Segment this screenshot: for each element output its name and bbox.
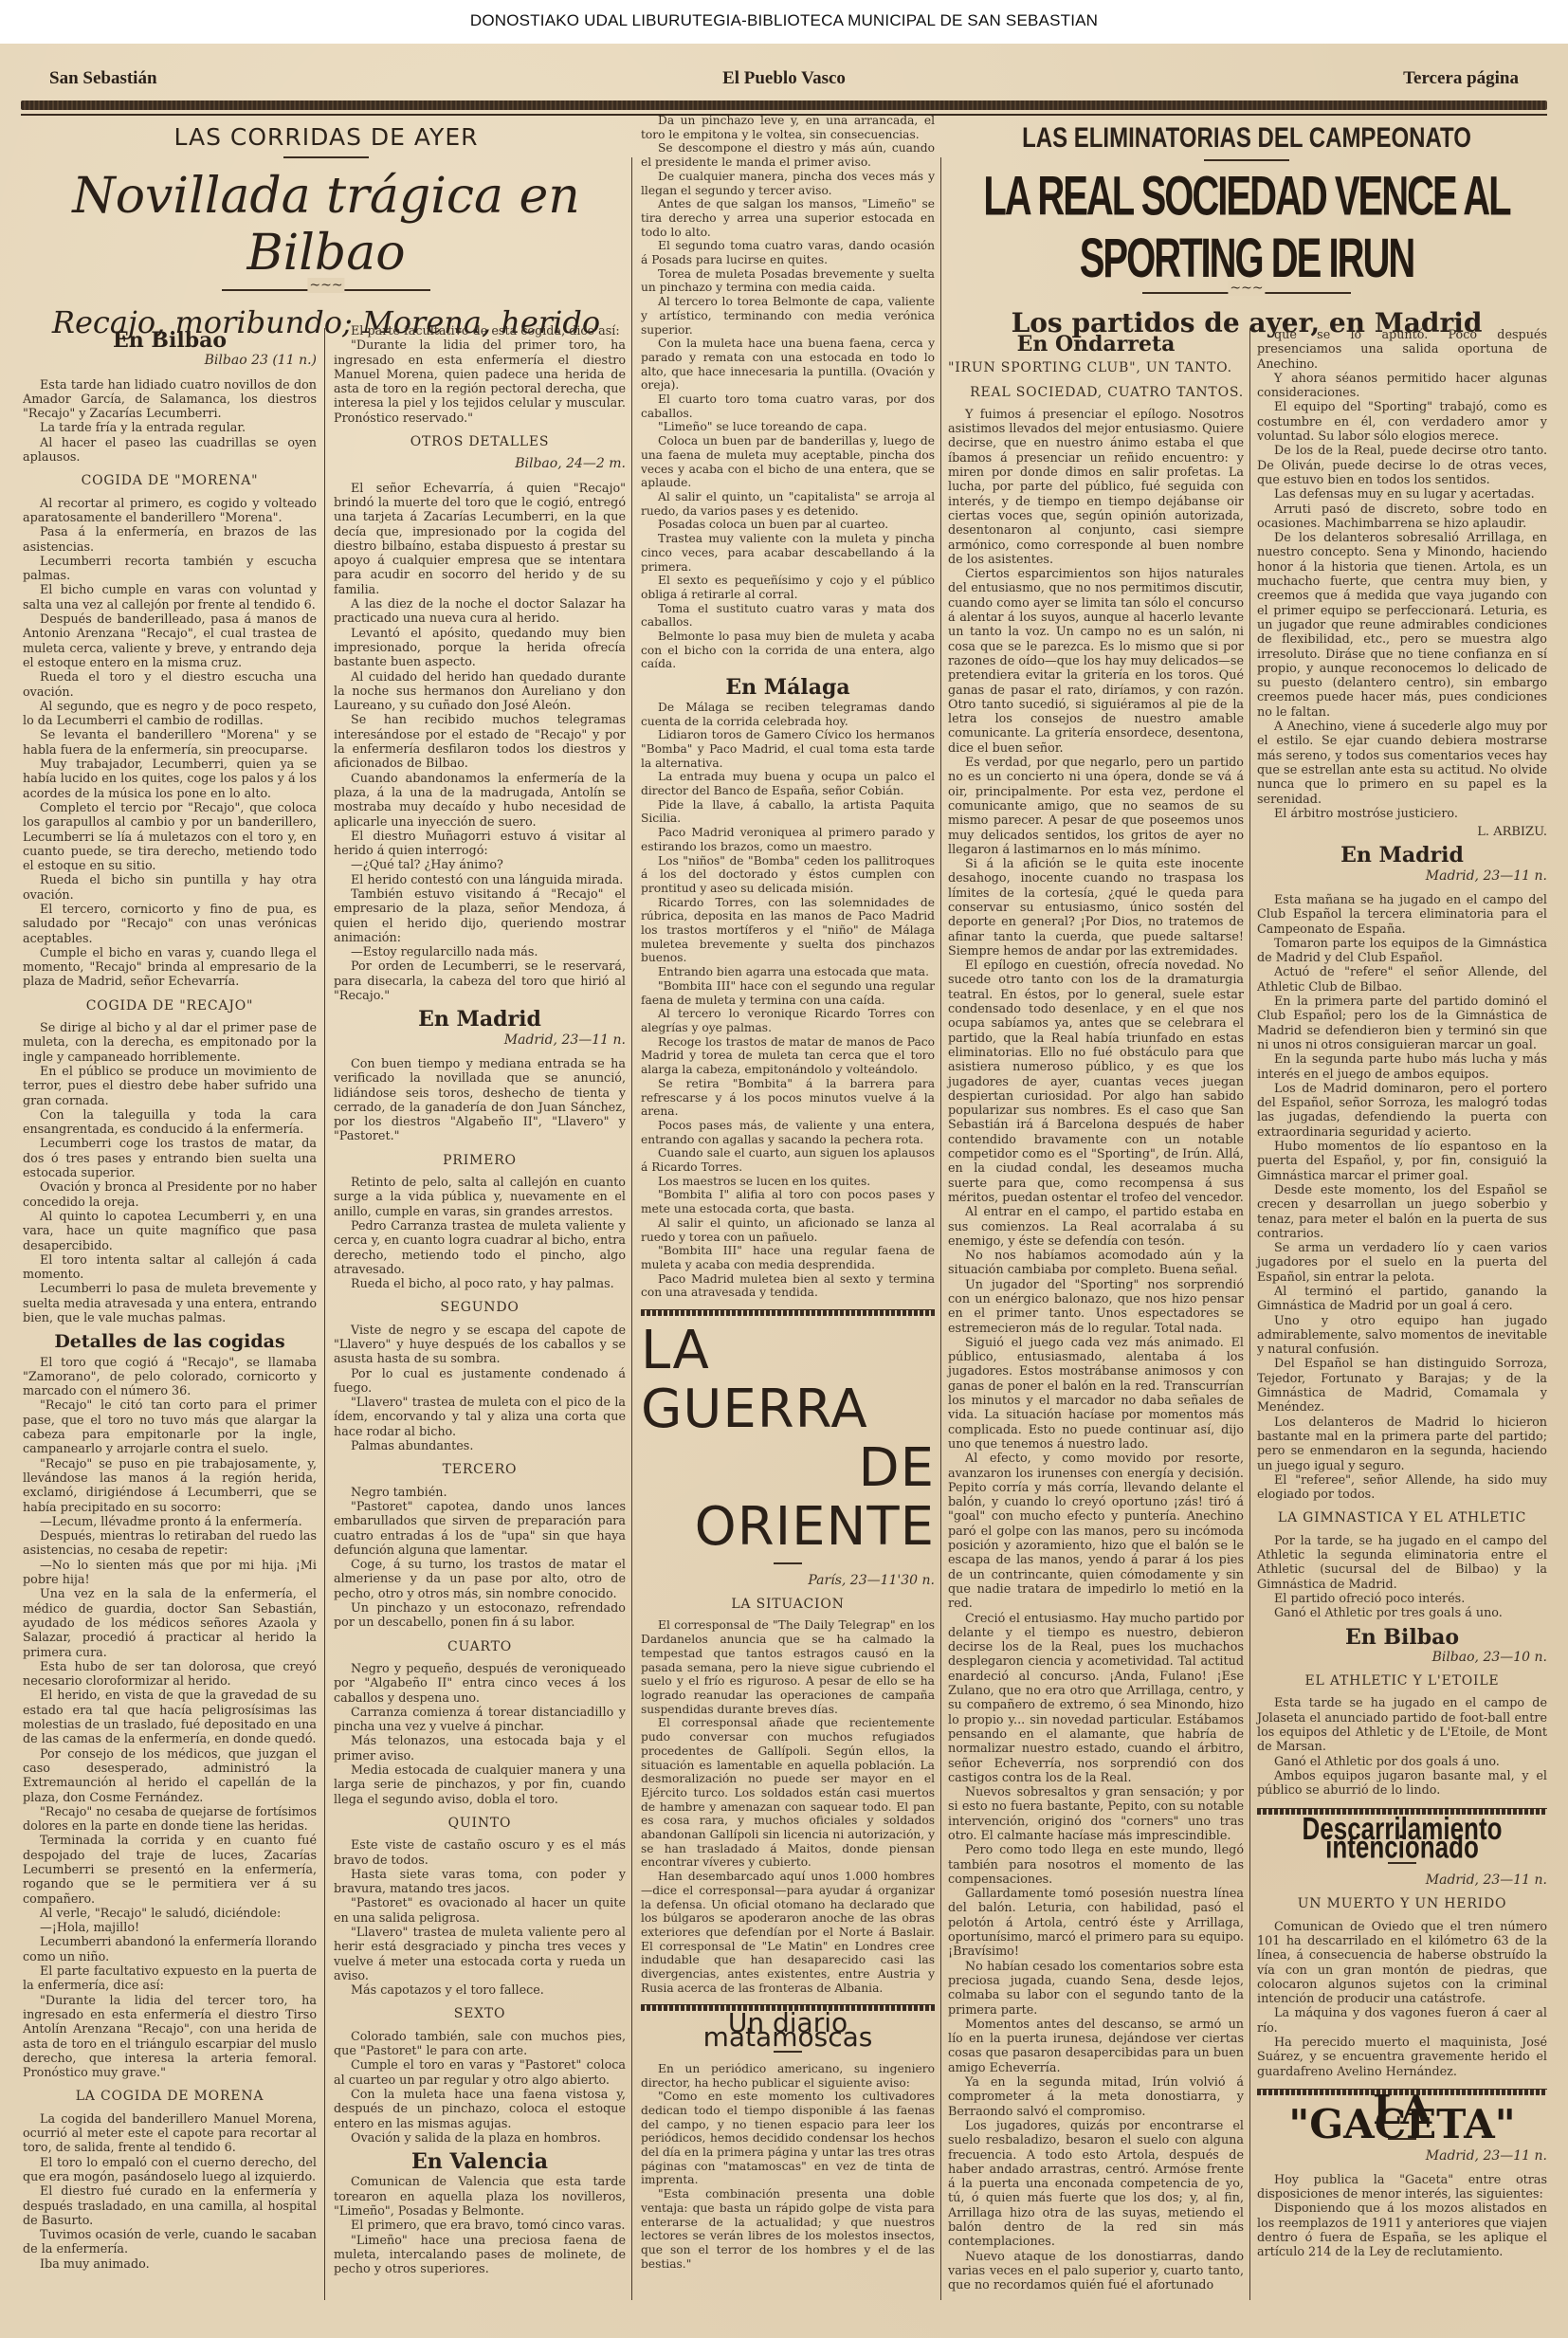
article-body: El parte facultativo de esta cogida, dic… bbox=[334, 324, 626, 426]
paragraph: Comunican de Oviedo que el tren número 1… bbox=[1257, 1920, 1547, 2007]
paragraph: Ricardo Torres, con las solemnidades de … bbox=[641, 896, 935, 966]
paragraph: Al verle, "Recajo" le saludó, diciéndole… bbox=[23, 1907, 317, 1921]
column-divider bbox=[631, 157, 632, 2300]
paragraph: Pasa á la enfermería, en brazos de las a… bbox=[23, 525, 317, 555]
subheading-athletic-etoile: EL ATHLETIC Y L'ETOILE bbox=[1257, 1674, 1547, 1689]
paragraph: En la primera parte del partido dominó e… bbox=[1257, 995, 1547, 1052]
paragraph: Toma el sustituto cuatro varas y mata do… bbox=[641, 602, 935, 630]
paragraph: De los delanteros sobresalió Arrillaga, … bbox=[1257, 531, 1547, 720]
masthead-title: El Pueblo Vasco bbox=[21, 68, 1547, 89]
paragraph: Y ahora séanos permitido hacer algunas c… bbox=[1257, 372, 1547, 401]
paragraph: Ovación y bronca al Presidente por no ha… bbox=[23, 1180, 317, 1210]
masthead-rule bbox=[21, 100, 1547, 110]
dateline-gaceta: Madrid, 23—11 n. bbox=[1257, 2149, 1547, 2164]
score-real-sociedad: REAL SOCIEDAD, CUATRO TANTOS. bbox=[948, 386, 1244, 400]
article-body: Esta tarde han lidiado cuatro novillos d… bbox=[23, 378, 317, 466]
paragraph: Belmonte lo pasa muy bien de muleta y ac… bbox=[641, 630, 935, 671]
paragraph: Pedro Carranza trastea de muleta valient… bbox=[334, 1219, 626, 1277]
paragraph: Con la muleta hace una faena vistosa y, … bbox=[334, 2088, 626, 2131]
kicker-rule bbox=[283, 156, 369, 158]
paragraph: —¿Qué tal? ¿Hay ánimo? bbox=[334, 858, 626, 872]
gaceta-headline: LA "GACETA" bbox=[1257, 2103, 1547, 2132]
paragraph: El primero, que era bravo, tomó cinco va… bbox=[334, 2219, 626, 2233]
subheading-otros-detalles: OTROS DETALLES bbox=[334, 435, 626, 449]
paragraph: Actuó de "refere" el señor Allende, del … bbox=[1257, 965, 1547, 995]
dateline-madrid-futbol: Madrid, 23—11 n. bbox=[1257, 869, 1547, 884]
paragraph: Rueda el bicho, al poco rato, y hay palm… bbox=[334, 1277, 626, 1291]
paragraph: No nos habíamos acomodado aún y la situa… bbox=[948, 1249, 1244, 1278]
article-body: El corresponsal de "The Daily Telegrap" … bbox=[641, 1618, 935, 1995]
paragraph: Los delanteros de Madrid lo hicieron bas… bbox=[1257, 1416, 1547, 1473]
paragraph: Al entrar en el campo, el partido estaba… bbox=[948, 1205, 1244, 1249]
paragraph: Terminada la corrida y en cuanto fué des… bbox=[23, 1834, 317, 1906]
dateline-madrid-toros: Madrid, 23—11 n. bbox=[334, 1033, 626, 1048]
paragraph: Los de Madrid dominaron, pero el portero… bbox=[1257, 1082, 1547, 1140]
paragraph: Se descompone el diestro y más aún, cuan… bbox=[641, 141, 935, 169]
paragraph: "Llavero" trastea de muleta valiente per… bbox=[334, 1926, 626, 1983]
paragraph: Al segundo, que es negro y de poco respe… bbox=[23, 700, 317, 729]
paragraph: El señor Echevarría, á quien "Recajo" br… bbox=[334, 482, 626, 597]
paragraph: Al recortar al primero, es cogido y volt… bbox=[23, 497, 317, 526]
paragraph: Al salir el quinto, un aficionado se lan… bbox=[641, 1216, 935, 1244]
paragraph: Cuando abandonamos la enfermería de la p… bbox=[334, 772, 626, 830]
paragraph: El toro intenta saltar al callejón á cad… bbox=[23, 1253, 317, 1283]
paragraph: —Estoy regularcillo nada más. bbox=[334, 945, 626, 959]
column-divider bbox=[1249, 328, 1250, 2300]
paragraph: Cuando sale el cuarto, aun siguen los ap… bbox=[641, 1146, 935, 1174]
football-header: LAS ELIMINATORIAS DEL CAMPEONATO LA REAL… bbox=[948, 110, 1545, 348]
paragraph: Comunican de Valencia que esta tarde tor… bbox=[334, 2175, 626, 2219]
paragraph: Al terminó el partido, ganando la Gimnás… bbox=[1257, 1285, 1547, 1314]
paragraph: Al tercero lo torea Belmonte de capa, va… bbox=[641, 295, 935, 337]
article-body: Negro también."Pastoret" capotea, dando … bbox=[334, 1486, 626, 1631]
subheading-cogida-de-morena: LA COGIDA DE MORENA bbox=[23, 2090, 317, 2104]
paragraph: Creció el entusiasmo. Hay mucho partido … bbox=[948, 1612, 1244, 1786]
paragraph: De Málaga se reciben telegramas dando cu… bbox=[641, 701, 935, 728]
paragraph: Al quinto lo capotea Lecumberri y, en un… bbox=[23, 1210, 317, 1253]
article-body: Al recortar al primero, es cogido y volt… bbox=[23, 497, 317, 990]
dateline-bilbao-futbol: Bilbao, 23—10 n. bbox=[1257, 1651, 1547, 1665]
paragraph: Por consejo de los médicos, que juzgan e… bbox=[23, 1747, 317, 1805]
paragraph: que se lo apuntó. Poco después presencia… bbox=[1257, 328, 1547, 372]
archive-banner: DONOSTIAKO UDAL LIBURUTEGIA-BIBLIOTECA M… bbox=[0, 0, 1568, 42]
paragraph: "Pastoret" es ovacionado al hacer un qui… bbox=[334, 1896, 626, 1926]
paragraph: Negro y pequeño, después de veroniqueado… bbox=[334, 1662, 626, 1706]
guerra-headline-line2: DE ORIENTE bbox=[641, 1439, 935, 1557]
subheading-tercero: TERCERO bbox=[334, 1463, 626, 1477]
column-1: En Bilbao Bilbao 23 (11 n.) Esta tarde h… bbox=[23, 324, 317, 2272]
paragraph: "Como en este momento los cultivadores d… bbox=[641, 2090, 935, 2187]
paragraph: Con la muleta hace una buena faena, cerc… bbox=[641, 337, 935, 393]
paragraph: Un pinchazo y un estoconazo, refrendado … bbox=[334, 1601, 626, 1631]
paragraph: Tuvimos ocasión de verle, cuando le saca… bbox=[23, 2228, 317, 2257]
paragraph: Retinto de pelo, salta al callejón en cu… bbox=[334, 1176, 626, 1219]
article-body: Retinto de pelo, salta al callejón en cu… bbox=[334, 1176, 626, 1291]
column-4: En Ondarreta "IRUN SPORTING CLUB", UN TA… bbox=[948, 328, 1244, 2292]
article-body: Esta tarde se ha jugado en el campo de J… bbox=[1257, 1696, 1547, 1798]
subheading-cogida-recajo: COGIDA DE "RECAJO" bbox=[23, 999, 317, 1014]
column-5: que se lo apuntó. Poco después presencia… bbox=[1257, 328, 1547, 2260]
paragraph: Iba muy animado. bbox=[23, 2257, 317, 2272]
paragraph: Rueda el bicho sin puntilla y hay otra o… bbox=[23, 873, 317, 903]
column-3: Da un pinchazo leve y, en una arrancada,… bbox=[641, 114, 935, 2271]
paragraph: Ciertos esparcimientos son hijos natural… bbox=[948, 567, 1244, 756]
paragraph: La máquina y dos vagones fueron á caer a… bbox=[1257, 2006, 1547, 2036]
paragraph: Lecumberri abandonó la enfermería lloran… bbox=[23, 1935, 317, 1964]
paragraph: Más capotazos y el toro fallece. bbox=[334, 1983, 626, 1998]
article-body: Negro y pequeño, después de veroniqueado… bbox=[334, 1662, 626, 1807]
section-title-valencia: En Valencia bbox=[334, 2155, 626, 2169]
paragraph: Levantó el apósito, quedando muy bien im… bbox=[334, 627, 626, 670]
subheading-primero: PRIMERO bbox=[334, 1154, 626, 1168]
article-body: Y fuimos á presenciar el epílogo. Nosotr… bbox=[948, 408, 1244, 2293]
paragraph: Disponiendo que á los mozos alistados en… bbox=[1257, 2201, 1547, 2259]
paragraph: El tercero, cornicorto y fino de pua, es… bbox=[23, 903, 317, 946]
paragraph: "Bombita III" hace una regular faena de … bbox=[641, 1244, 935, 1271]
section-title-ondarreta: En Ondarreta bbox=[948, 338, 1244, 352]
section-title-detalles: Detalles de las cogidas bbox=[23, 1335, 317, 1349]
paragraph: "Durante la lidia del tercer toro, ha in… bbox=[23, 1994, 317, 2081]
paragraph: Uno y otro equipo han jugado admirableme… bbox=[1257, 1314, 1547, 1358]
paragraph: Colorado también, sale con muchos pies, … bbox=[334, 2030, 626, 2059]
subheading-sexto: SEXTO bbox=[334, 2007, 626, 2021]
headline-ornament-rule bbox=[1142, 292, 1351, 294]
paragraph: Esta tarde han lidiado cuatro novillos d… bbox=[23, 378, 317, 422]
paragraph: "Recajo" le citó tan corto para el prime… bbox=[23, 1398, 317, 1456]
paragraph: A las diez de la noche el doctor Salazar… bbox=[334, 597, 626, 627]
paragraph: Tomaron parte los equipos de la Gimnásti… bbox=[1257, 937, 1547, 966]
paragraph: Recoge los trastos de matar de manos de … bbox=[641, 1035, 935, 1077]
article-body: Viste de negro y se escapa del capote de… bbox=[334, 1324, 626, 1454]
paragraph: Y fuimos á presenciar el epílogo. Nosotr… bbox=[948, 408, 1244, 567]
paragraph: Negro también. bbox=[334, 1486, 626, 1500]
paragraph: Paco Madrid veroniquea al primero parado… bbox=[641, 826, 935, 853]
subheading-quinto: QUINTO bbox=[334, 1817, 626, 1831]
paragraph: Lecumberri recorta también y escucha pal… bbox=[23, 555, 317, 584]
column-divider bbox=[324, 328, 325, 2300]
headline-rule bbox=[774, 1562, 802, 1564]
paragraph: De los de la Real, puede decirse otro ta… bbox=[1257, 444, 1547, 487]
paragraph: —No lo sienten más que por mi hija. ¡Mi … bbox=[23, 1559, 317, 1588]
bullfight-headline: Novillada trágica en Bilbao bbox=[23, 168, 629, 282]
descarrilamiento-headline: Descarrilamiento intencionado bbox=[1257, 1819, 1547, 1857]
paragraph: El corresponsal de "The Daily Telegrap" … bbox=[641, 1618, 935, 1716]
paragraph: El partido ofreció poco interés. bbox=[1257, 1592, 1547, 1606]
paragraph: Coloca un buen par de banderillas y, lue… bbox=[641, 434, 935, 490]
article-body: La cogida del banderillero Manuel Morena… bbox=[23, 2112, 317, 2272]
article-body: que se lo apuntó. Poco después presencia… bbox=[1257, 328, 1547, 821]
paragraph: Nuevo ataque de los donostiarras, dando … bbox=[948, 2250, 1244, 2293]
guerra-headline-line1: LA GUERRA bbox=[641, 1322, 935, 1439]
paragraph: Media estocada de cualquier manera y una… bbox=[334, 1763, 626, 1807]
article-body: Da un pinchazo leve y, en una arrancada,… bbox=[641, 114, 935, 671]
paragraph: A Anechino, viene á sucederle algo muy p… bbox=[1257, 720, 1547, 807]
paragraph: Posadas coloca un buen par al cuarteo. bbox=[641, 518, 935, 532]
paragraph: Lidiaron toros de Gamero Cívico los herm… bbox=[641, 728, 935, 770]
paragraph: Palmas abundantes. bbox=[334, 1439, 626, 1453]
article-body: Comunican de Valencia que esta tarde tor… bbox=[334, 2175, 626, 2276]
article-body: De Málaga se reciben telegramas dando cu… bbox=[641, 701, 935, 1300]
paragraph: Las defensas muy en su lugar y acertadas… bbox=[1257, 487, 1547, 502]
article-body: El toro que cogió á "Recajo", se llamaba… bbox=[23, 1356, 317, 2081]
subheading-cogida-morena: COGIDA DE "MORENA" bbox=[23, 474, 317, 488]
paragraph: "Bombita III" hace con el segundo una re… bbox=[641, 979, 935, 1007]
paragraph: Ovación y salida de la plaza en hombros. bbox=[334, 2131, 626, 2146]
paragraph: El epílogo en cuestión, ofrecía novedad.… bbox=[948, 959, 1244, 1205]
section-title-malaga: En Málaga bbox=[641, 681, 935, 695]
kicker-rule bbox=[1204, 159, 1289, 161]
paragraph: Hubo momentos de lío espantoso en la pue… bbox=[1257, 1140, 1547, 1183]
paragraph: "Llavero" trastea de muleta con el pico … bbox=[334, 1396, 626, 1439]
paragraph: Por la tarde, se ha jugado en el campo d… bbox=[1257, 1534, 1547, 1592]
article-body: En un periódico americano, su ingeniero … bbox=[641, 2062, 935, 2272]
paragraph: Trastea muy valiente con la muleta y pin… bbox=[641, 532, 935, 574]
paragraph: "Recajo" no cesaba de quejarse de fortís… bbox=[23, 1805, 317, 1835]
paragraph: También estuvo visitando á "Recajo" el e… bbox=[334, 887, 626, 945]
paragraph: Ganó el Athletic por dos goals á uno. bbox=[1257, 1755, 1547, 1769]
paragraph: Entrando bien agarra una estocada que ma… bbox=[641, 965, 935, 979]
paragraph: Ha perecido muerto el maquinista, José S… bbox=[1257, 2036, 1547, 2079]
paragraph: El bicho cumple en varas con voluntad y … bbox=[23, 583, 317, 612]
paragraph: En un periódico americano, su ingeniero … bbox=[641, 2062, 935, 2090]
subheading-cuarto: CUARTO bbox=[334, 1640, 626, 1654]
article-body: Se dirige al bicho y al dar el primer pa… bbox=[23, 1021, 317, 1325]
paragraph: Nuevos sobresaltos y gran sensación; y p… bbox=[948, 1785, 1244, 1843]
paragraph: Hoy publica la "Gaceta" entre otras disp… bbox=[1257, 2173, 1547, 2202]
subheading-muerto-herido: UN MUERTO Y UN HERIDO bbox=[1257, 1897, 1547, 1911]
paragraph: Carranza comienza á torear distanciadill… bbox=[334, 1706, 626, 1735]
paragraph: El herido contestó con una lánguida mira… bbox=[334, 873, 626, 887]
paragraph: Se arma un verdadero lío y caen varios j… bbox=[1257, 1241, 1547, 1285]
paragraph: Si á la afición se le quita este inocent… bbox=[948, 857, 1244, 959]
paragraph: El cuarto toro toma cuatro varas, por do… bbox=[641, 393, 935, 420]
paragraph: Esta mañana se ha jugado en el campo del… bbox=[1257, 893, 1547, 937]
subheading-situacion: LA SITUACION bbox=[641, 1598, 935, 1612]
subheading-gimnastica-athletic: LA GIMNASTICA Y EL ATHLETIC bbox=[1257, 1511, 1547, 1525]
paragraph: Al efecto, y como movido por resorte, av… bbox=[948, 1452, 1244, 1611]
paragraph: Ambos equipos jugaron basante mal, y el … bbox=[1257, 1769, 1547, 1799]
paragraph: Se levanta el banderillero "Morena" y se… bbox=[23, 728, 317, 758]
section-title-madrid-futbol: En Madrid bbox=[1257, 849, 1547, 863]
paragraph: Cumple el toro en varas y "Pastoret" col… bbox=[334, 2058, 626, 2088]
paragraph: Pide la llave, á caballo, la artista Paq… bbox=[641, 798, 935, 826]
paragraph: Este viste de castaño oscuro y es el más… bbox=[334, 1838, 626, 1868]
bullfight-header: LAS CORRIDAS DE AYER Novillada trágica e… bbox=[23, 110, 629, 350]
paragraph: La cogida del banderillero Manuel Morena… bbox=[23, 2112, 317, 2156]
paragraph: Pocos pases más, de valiente y una enter… bbox=[641, 1119, 935, 1146]
column-divider bbox=[940, 157, 941, 2300]
paragraph: De cualquier manera, pincha dos veces má… bbox=[641, 170, 935, 197]
article-body: Esta mañana se ha jugado en el campo del… bbox=[1257, 893, 1547, 1502]
paragraph: El diestro Muñagorri estuvo á visitar al… bbox=[334, 830, 626, 859]
paragraph: Es verdad, por que negarlo, pero un part… bbox=[948, 756, 1244, 857]
paragraph: Completo el tercio por "Recajo", que col… bbox=[23, 801, 317, 873]
paragraph: En el público se produce un movimiento d… bbox=[23, 1065, 317, 1108]
paragraph: Al salir el quinto, un "capitalista" se … bbox=[641, 490, 935, 518]
paragraph: El sexto es pequeñísimo y cojo y el públ… bbox=[641, 574, 935, 601]
paragraph: El segundo toma cuatro varas, dando ocas… bbox=[641, 239, 935, 266]
paragraph: "Recajo" se puso en pie trabajosamente, … bbox=[23, 1457, 317, 1515]
dateline-otros: Bilbao, 24—2 m. bbox=[334, 457, 626, 471]
article-body: Comunican de Oviedo que el tren número 1… bbox=[1257, 1920, 1547, 2079]
paragraph: Con la taleguilla y toda la cara ensangr… bbox=[23, 1108, 317, 1138]
paragraph: Esta tarde se ha jugado en el campo de J… bbox=[1257, 1696, 1547, 1754]
paragraph: Al tercero lo veronique Ricardo Torres c… bbox=[641, 1007, 935, 1034]
paragraph: Cumple el bicho en varas y, cuando llega… bbox=[23, 946, 317, 990]
score-irun: "IRUN SPORTING CLUB", UN TANTO. bbox=[948, 361, 1244, 375]
masthead-page-label: Tercera página bbox=[1403, 68, 1519, 89]
paragraph: Lecumberri coge los trastos de matar, da… bbox=[23, 1137, 317, 1180]
paragraph: "Pastoret" capotea, dando unos lances em… bbox=[334, 1500, 626, 1558]
paragraph: El diestro fué curado en la enfermería y… bbox=[23, 2184, 317, 2228]
article-body: Con buen tiempo y mediana entrada se ha … bbox=[334, 1057, 626, 1144]
headline-ornament-rule bbox=[222, 289, 430, 291]
paragraph: Han desembarcado aquí unos 1.000 hombres… bbox=[641, 1870, 935, 1995]
paragraph: Arruti pasó de discreto, sobre todo en o… bbox=[1257, 502, 1547, 532]
paragraph: Se dirige al bicho y al dar el primer pa… bbox=[23, 1021, 317, 1065]
paragraph: Gallardamente tomó posesión nuestra líne… bbox=[948, 1887, 1244, 1959]
paragraph: No habían cesado los comentarios sobre e… bbox=[948, 1960, 1244, 2018]
paragraph: El toro lo empaló con el cuerno derecho,… bbox=[23, 2156, 317, 2185]
paragraph: El árbitro mostróse justiciero. bbox=[1257, 807, 1547, 821]
paragraph: Paco Madrid muletea bien al sexto y term… bbox=[641, 1272, 935, 1300]
paragraph: —Lecum, llévadme pronto á la enfermería. bbox=[23, 1515, 317, 1529]
paragraph: —¡Hola, majillo! bbox=[23, 1921, 317, 1935]
article-body: Este viste de castaño oscuro y es el más… bbox=[334, 1838, 626, 1998]
paragraph: Del Español se han distinguido Sorroza, … bbox=[1257, 1357, 1547, 1415]
paragraph: El equipo del "Sporting" trabajó, como e… bbox=[1257, 400, 1547, 444]
author-signature: L. ARBIZU. bbox=[1257, 825, 1547, 839]
subheading-segundo: SEGUNDO bbox=[334, 1301, 626, 1315]
paragraph: Más telonazos, una estocada baja y el pr… bbox=[334, 1734, 626, 1763]
paragraph: Torea de muleta Posadas brevemente y sue… bbox=[641, 267, 935, 295]
paragraph: "Limeño" se luce toreando de capa. bbox=[641, 420, 935, 434]
paragraph: "Limeño" hace una preciosa faena de mule… bbox=[334, 2234, 626, 2277]
paragraph: El parte facultativo de esta cogida, dic… bbox=[334, 324, 626, 338]
paragraph: Esta hubo de ser tan dolorosa, que creyó… bbox=[23, 1660, 317, 1690]
dateline-paris: París, 23—11'30 n. bbox=[641, 1574, 935, 1588]
paragraph: Una vez en la sala de la enfermería, el … bbox=[23, 1587, 317, 1659]
article-body: Hoy publica la "Gaceta" entre otras disp… bbox=[1257, 2173, 1547, 2260]
paragraph: El "referee", señor Allende, ha sido muy… bbox=[1257, 1473, 1547, 1503]
section-title-madrid-toros: En Madrid bbox=[334, 1013, 626, 1027]
dateline-bilbao: Bilbao 23 (11 n.) bbox=[23, 354, 317, 368]
paragraph: Se han recibido muchos telegramas intere… bbox=[334, 713, 626, 771]
paragraph: Por lo cual es justamente condenado á fu… bbox=[334, 1367, 626, 1397]
paragraph: Con buen tiempo y mediana entrada se ha … bbox=[334, 1057, 626, 1144]
paragraph: Lecumberri lo pasa de muleta brevemente … bbox=[23, 1282, 317, 1325]
paragraph: La entrada muy buena y ocupa un palco el… bbox=[641, 770, 935, 797]
article-body: El señor Echevarría, á quien "Recajo" br… bbox=[334, 482, 626, 1004]
paragraph: Antes de que salgan los mansos, "Limeño"… bbox=[641, 197, 935, 239]
paragraph: "Bombita I" alifia al toro con pocos pas… bbox=[641, 1188, 935, 1215]
paragraph: Desde este momento, los del Español se c… bbox=[1257, 1183, 1547, 1241]
paragraph: Momentos antes del descanso, se armó un … bbox=[948, 2018, 1244, 2075]
paragraph: Ganó el Athletic por tres goals á uno. bbox=[1257, 1606, 1547, 1620]
paragraph: Siguió el juego cada vez más animado. El… bbox=[948, 1336, 1244, 1452]
section-title-bilbao: En Bilbao bbox=[23, 334, 317, 348]
dateline-descarrilamiento: Madrid, 23—11 n. bbox=[1257, 1873, 1547, 1888]
paragraph: Viste de negro y se escapa del capote de… bbox=[334, 1324, 626, 1367]
paragraph: Se retira "Bombita" á la barrera para re… bbox=[641, 1077, 935, 1119]
paragraph: Después de banderilleado, pasa á manos d… bbox=[23, 612, 317, 670]
paragraph: "Durante la lidia del primer toro, ha in… bbox=[334, 338, 626, 426]
football-headline: LA REAL SOCIEDAD VENCE AL SPORTING DE IR… bbox=[948, 167, 1545, 291]
paragraph: Da un pinchazo leve y, en una arrancada,… bbox=[641, 114, 935, 141]
section-title-bilbao-futbol: En Bilbao bbox=[1257, 1631, 1547, 1645]
paragraph: El parte facultativo expuesto en la puer… bbox=[23, 1964, 317, 1994]
paragraph: Coge, á su turno, los trastos de matar e… bbox=[334, 1558, 626, 1601]
paragraph: Hasta siete varas toma, con poder y brav… bbox=[334, 1868, 626, 1897]
paragraph: Los "niños" de "Bomba" ceden los pallitr… bbox=[641, 854, 935, 896]
paragraph: Un jugador del "Sporting" nos sorprendió… bbox=[948, 1278, 1244, 1336]
paragraph: Al cuidado del herido han quedado durant… bbox=[334, 670, 626, 714]
masthead: San Sebastián El Pueblo Vasco Tercera pá… bbox=[21, 57, 1547, 114]
paragraph: La tarde fría y la entrada regular. bbox=[23, 421, 317, 435]
paragraph: Después, mientras lo retiraban del ruedo… bbox=[23, 1529, 317, 1559]
paragraph: El toro que cogió á "Recajo", se llamaba… bbox=[23, 1356, 317, 1399]
paragraph: "Esta combinación presenta una doble ven… bbox=[641, 2187, 935, 2271]
paragraph: Rueda el toro y el diestro escucha una o… bbox=[23, 670, 317, 700]
bullfight-kicker: LAS CORRIDAS DE AYER bbox=[23, 123, 629, 151]
paragraph: Al hacer el paseo las cuadrillas se oyen… bbox=[23, 436, 317, 466]
matamoscas-headline: Un diario matamoscas bbox=[641, 2017, 935, 2044]
paragraph: Ya en la segunda mitad, Irún volvió á co… bbox=[948, 2075, 1244, 2119]
paragraph: Los jugadores, quizás por encontrarse el… bbox=[948, 2119, 1244, 2250]
paragraph: Pero como todo llega en este mundo, lleg… bbox=[948, 1843, 1244, 1887]
newspaper-page: San Sebastián El Pueblo Vasco Tercera pá… bbox=[0, 44, 1568, 2338]
paragraph: El herido, en vista de que la gravedad d… bbox=[23, 1689, 317, 1746]
article-body: Colorado también, sale con muchos pies, … bbox=[334, 2030, 626, 2146]
football-kicker: LAS ELIMINATORIAS DEL CAMPEONATO bbox=[948, 122, 1545, 155]
column-2: El parte facultativo de esta cogida, dic… bbox=[334, 324, 626, 2277]
paragraph: En la segunda parte hubo más lucha y más… bbox=[1257, 1052, 1547, 1082]
paragraph: Los maestros se lucen en los quites. bbox=[641, 1175, 935, 1189]
article-body: Por la tarde, se ha jugado en el campo d… bbox=[1257, 1534, 1547, 1621]
paragraph: Muy trabajador, Lecumberri, quien ya se … bbox=[23, 758, 317, 801]
paragraph: El corresponsal añade que recientemente … bbox=[641, 1716, 935, 1870]
paragraph: Por orden de Lecumberri, se le reservará… bbox=[334, 959, 626, 1003]
ornamental-rule bbox=[641, 1309, 935, 1316]
